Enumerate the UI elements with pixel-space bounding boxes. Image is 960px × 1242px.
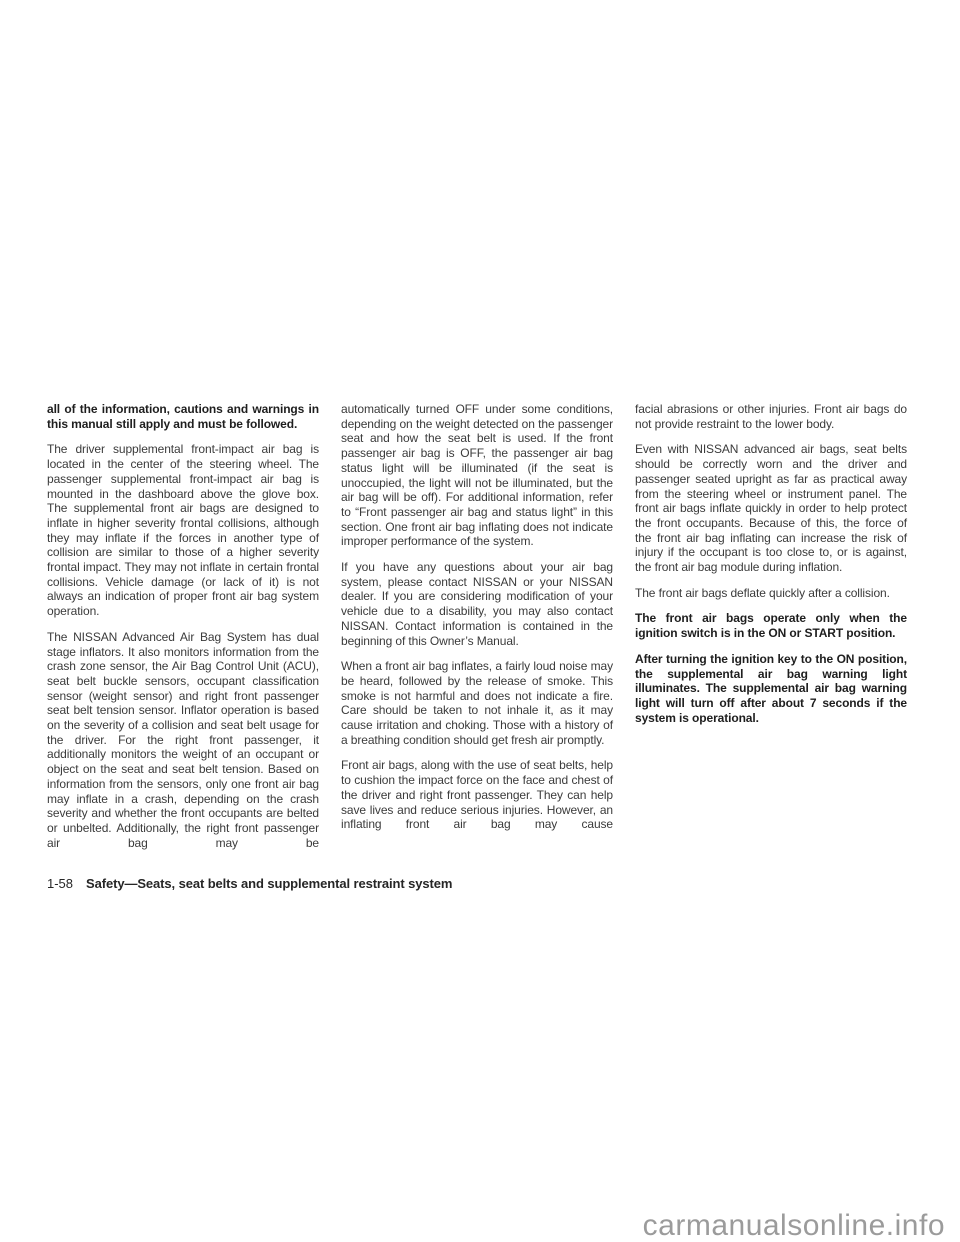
text-column-2: automatically turned OFF under some cond… bbox=[341, 402, 613, 850]
paragraph: The front air bags operate only when the… bbox=[635, 611, 907, 640]
paragraph: facial abrasions or other injuries. Fron… bbox=[635, 402, 907, 431]
page-content: all of the information, cautions and war… bbox=[47, 402, 907, 850]
paragraph: If you have any questions about your air… bbox=[341, 560, 613, 648]
paragraph: The front air bags deflate quickly after… bbox=[635, 586, 907, 601]
text-column-1: all of the information, cautions and war… bbox=[47, 402, 319, 850]
page-number: 1-58 bbox=[47, 876, 73, 891]
paragraph: The driver supplemental front-impact air… bbox=[47, 442, 319, 618]
paragraph: The NISSAN Advanced Air Bag System has d… bbox=[47, 630, 319, 851]
page-footer: 1-58Safety—Seats, seat belts and supplem… bbox=[47, 877, 452, 891]
footer-section-title: Safety—Seats, seat belts and supplementa… bbox=[86, 876, 452, 891]
manual-page: all of the information, cautions and war… bbox=[0, 0, 960, 1242]
watermark-text: carmanualsonline.info bbox=[643, 1211, 945, 1241]
paragraph: When a front air bag inflates, a fairly … bbox=[341, 659, 613, 747]
text-column-3: facial abrasions or other injuries. Fron… bbox=[635, 402, 907, 850]
paragraph: Even with NISSAN advanced air bags, seat… bbox=[635, 442, 907, 574]
paragraph: After turning the ignition key to the ON… bbox=[635, 652, 907, 726]
paragraph: automatically turned OFF under some cond… bbox=[341, 402, 613, 549]
paragraph: all of the information, cautions and war… bbox=[47, 402, 319, 431]
paragraph: Front air bags, along with the use of se… bbox=[341, 758, 613, 832]
